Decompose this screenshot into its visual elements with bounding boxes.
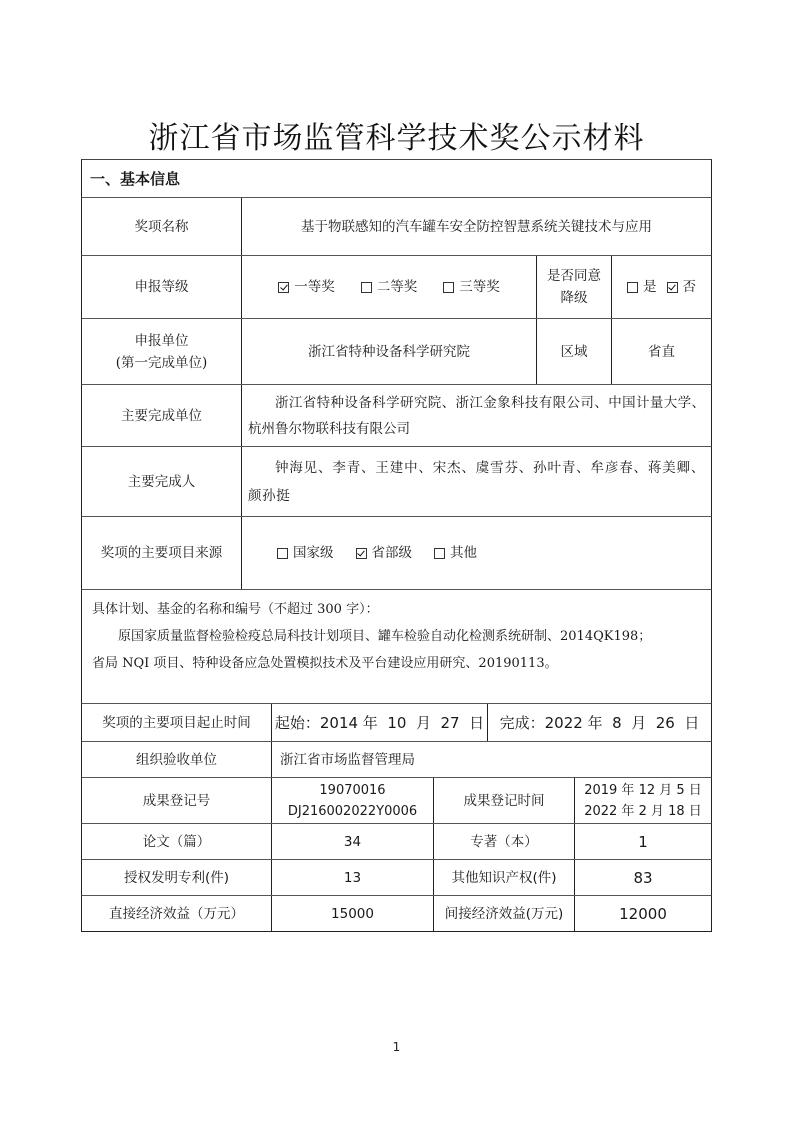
- plan-funds-block: 具体计划、基金的名称和编号（不超过 300 字）： 原国家质量监督检验检疫总局科…: [92, 598, 703, 675]
- checkbox-empty-icon: [443, 282, 454, 293]
- plan-funds-line1: 原国家质量监督检验检疫总局科技计划项目、罐车检验自动化检测系统研制、2014QK…: [92, 625, 703, 648]
- project-period-label: 奖项的主要项目起止时间: [82, 704, 271, 741]
- stat-value: 13: [271, 860, 433, 895]
- info-table: 一、基本信息 奖项名称 基于物联感知的汽车罐车安全防控智慧系统关键技术与应用 申…: [81, 159, 712, 932]
- stat-value: 12000: [574, 896, 711, 931]
- award-name-label: 奖项名称: [82, 198, 241, 255]
- main-persons-value: 钟海见、李青、王建中、宋杰、虞雪芬、孙叶青、牟彦春、蒋美卿、颜孙挺: [248, 454, 705, 510]
- project-start-date: 起始：2014 年 10 月 27 日: [271, 704, 487, 741]
- checkbox-downgrade-no[interactable]: 否: [667, 276, 697, 298]
- downgrade-label-line1: 是否同意: [547, 265, 601, 287]
- downgrade-options: 是 否: [611, 256, 711, 318]
- region-label: 区域: [536, 319, 611, 384]
- row-economic-benefits: 直接经济效益（万元） 15000 间接经济效益(万元) 12000: [81, 896, 712, 932]
- main-persons-cell: 钟海见、李青、王建中、宋杰、虞雪芬、孙叶青、牟彦春、蒋美卿、颜孙挺: [241, 447, 711, 516]
- registration-time-label: 成果登记时间: [433, 778, 574, 823]
- stat-value: 34: [271, 824, 433, 859]
- option-label: 省部级: [372, 542, 413, 564]
- checkbox-third-prize[interactable]: 三等奖: [443, 276, 500, 298]
- checkbox-checked-icon: [278, 282, 289, 293]
- row-plan-funds: 具体计划、基金的名称和编号（不超过 300 字）： 原国家质量监督检验检疫总局科…: [81, 590, 712, 704]
- checkbox-empty-icon: [627, 282, 638, 293]
- checkbox-checked-icon: [356, 548, 367, 559]
- row-project-period: 奖项的主要项目起止时间 起始：2014 年 10 月 27 日 完成：2022 …: [81, 704, 712, 742]
- checkbox-national[interactable]: 国家级: [277, 542, 334, 564]
- main-units-cell: 浙江省特种设备科学研究院、浙江金象科技有限公司、中国计量大学、杭州鲁尔物联科技有…: [241, 385, 711, 446]
- project-source-label: 奖项的主要项目来源: [82, 517, 241, 589]
- downgrade-label: 是否同意 降级: [536, 256, 611, 318]
- project-source-options: 国家级 省部级 其他: [241, 517, 711, 589]
- row-applicant: 申报单位 (第一完成单位) 浙江省特种设备科学研究院 区域 省直: [81, 319, 712, 385]
- option-label: 其他: [450, 542, 477, 564]
- stat-label: 授权发明专利(件): [82, 860, 271, 895]
- downgrade-label-line2: 降级: [547, 287, 601, 309]
- checkbox-downgrade-yes[interactable]: 是: [627, 276, 657, 298]
- plan-funds-heading: 具体计划、基金的名称和编号（不超过 300 字）：: [92, 598, 703, 621]
- row-acceptance-org: 组织验收单位 浙江省市场监督管理局: [81, 742, 712, 778]
- option-label: 二等奖: [377, 276, 418, 298]
- acceptance-org-label: 组织验收单位: [82, 742, 271, 777]
- applicant-label-line1: 申报单位: [116, 330, 208, 352]
- registration-time: 2019 年 12 月 5 日: [584, 780, 702, 801]
- main-units-label: 主要完成单位: [82, 385, 241, 446]
- project-end-date: 完成：2022 年 8 月 26 日: [487, 704, 711, 741]
- checkbox-first-prize[interactable]: 一等奖: [278, 276, 335, 298]
- checkbox-empty-icon: [277, 548, 288, 559]
- section-heading: 一、基本信息: [81, 159, 712, 198]
- option-label: 三等奖: [459, 276, 500, 298]
- applicant-label: 申报单位 (第一完成单位): [82, 319, 241, 384]
- stat-label: 专著（本）: [433, 824, 574, 859]
- stat-value: 1: [574, 824, 711, 859]
- row-registration: 成果登记号 19070016 DJ216002022Y0006 成果登记时间 2…: [81, 778, 712, 824]
- registration-time: 2022 年 2 月 18 日: [584, 801, 702, 822]
- registration-number: DJ216002022Y0006: [288, 801, 417, 822]
- main-units-value: 浙江省特种设备科学研究院、浙江金象科技有限公司、中国计量大学、杭州鲁尔物联科技有…: [248, 390, 705, 442]
- row-main-units: 主要完成单位 浙江省特种设备科学研究院、浙江金象科技有限公司、中国计量大学、杭州…: [81, 385, 712, 447]
- acceptance-org-value: 浙江省市场监督管理局: [271, 742, 711, 777]
- stat-label: 直接经济效益（万元）: [82, 896, 271, 931]
- award-level-label: 申报等级: [82, 256, 241, 318]
- checkbox-empty-icon: [434, 548, 445, 559]
- checkbox-empty-icon: [361, 282, 372, 293]
- award-name-value: 基于物联感知的汽车罐车安全防控智慧系统关键技术与应用: [241, 198, 711, 255]
- row-main-persons: 主要完成人 钟海见、李青、王建中、宋杰、虞雪芬、孙叶青、牟彦春、蒋美卿、颜孙挺: [81, 447, 712, 517]
- checkbox-checked-icon: [667, 282, 678, 293]
- registration-times: 2019 年 12 月 5 日 2022 年 2 月 18 日: [574, 778, 711, 823]
- award-level-options: 一等奖 二等奖 三等奖: [241, 256, 536, 318]
- stat-label: 论文（篇）: [82, 824, 271, 859]
- stat-value: 15000: [271, 896, 433, 931]
- stat-label: 间接经济效益(万元): [433, 896, 574, 931]
- stat-label: 其他知识产权(件): [433, 860, 574, 895]
- row-award-level: 申报等级 一等奖 二等奖 三等奖 是否同意 降级 是 否: [81, 256, 712, 319]
- checkbox-provincial[interactable]: 省部级: [356, 542, 413, 564]
- registration-label: 成果登记号: [82, 778, 271, 823]
- applicant-value: 浙江省特种设备科学研究院: [241, 319, 536, 384]
- document-title: 浙江省市场监管科学技术奖公示材料: [0, 113, 793, 157]
- row-papers: 论文（篇） 34 专著（本） 1: [81, 824, 712, 860]
- plan-funds-line2: 省局 NQI 项目、特种设备应急处置模拟技术及平台建设应用研究、20190113…: [92, 652, 703, 675]
- checkbox-other[interactable]: 其他: [434, 542, 477, 564]
- option-label: 否: [683, 276, 697, 298]
- region-value: 省直: [611, 319, 711, 384]
- registration-numbers: 19070016 DJ216002022Y0006: [271, 778, 433, 823]
- row-project-source: 奖项的主要项目来源 国家级 省部级 其他: [81, 517, 712, 590]
- option-label: 一等奖: [294, 276, 335, 298]
- row-patents: 授权发明专利(件) 13 其他知识产权(件) 83: [81, 860, 712, 896]
- stat-value: 83: [574, 860, 711, 895]
- option-label: 是: [643, 276, 657, 298]
- main-persons-label: 主要完成人: [82, 447, 241, 516]
- applicant-label-line2: (第一完成单位): [116, 352, 208, 374]
- checkbox-second-prize[interactable]: 二等奖: [361, 276, 418, 298]
- page-number: 1: [0, 1040, 793, 1054]
- row-award-name: 奖项名称 基于物联感知的汽车罐车安全防控智慧系统关键技术与应用: [81, 198, 712, 256]
- option-label: 国家级: [293, 542, 334, 564]
- registration-number: 19070016: [288, 780, 417, 801]
